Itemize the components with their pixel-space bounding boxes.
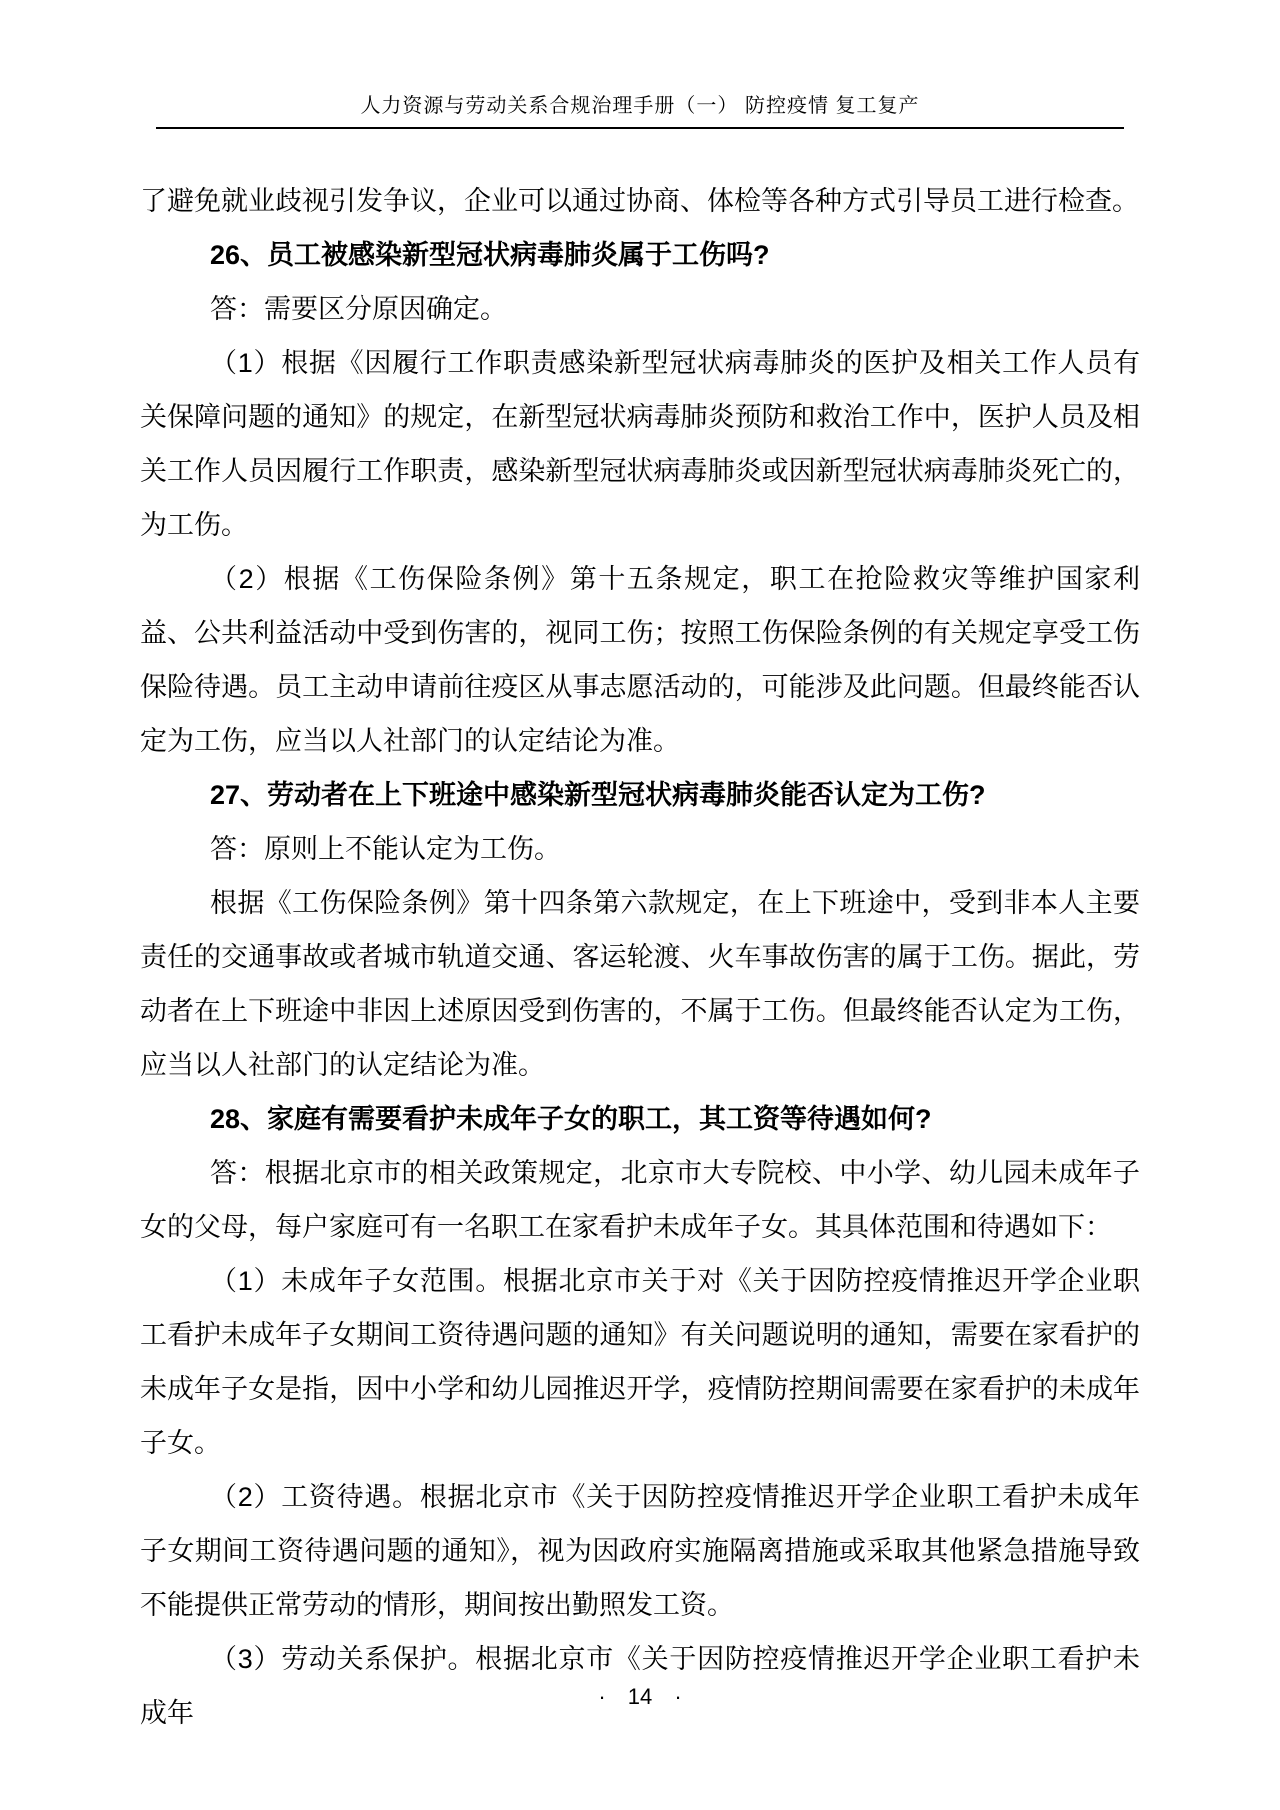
header-rule — [156, 127, 1124, 129]
question-heading: 26、员工被感染新型冠状病毒肺炎属于工伤吗? — [140, 228, 1140, 282]
paragraph: （2）工资待遇。根据北京市《关于因防控疫情推迟开学企业职工看护未成年子女期间工资… — [140, 1470, 1140, 1632]
question-heading: 27、劳动者在上下班途中感染新型冠状病毒肺炎能否认定为工伤? — [140, 768, 1140, 822]
paragraph: （2）根据《工伤保险条例》第十五条规定，职工在抢险救灾等维护国家利益、公共利益活… — [140, 552, 1140, 768]
paragraph: （1）未成年子女范围。根据北京市关于对《关于因防控疫情推迟开学企业职工看护未成年… — [140, 1254, 1140, 1470]
document-page: 人力资源与劳动关系合规治理手册（一） 防控疫情 复工复产 了避免就业歧视引发争议… — [0, 0, 1280, 1810]
document-body: 了避免就业歧视引发争议，企业可以通过协商、体检等各种方式引导员工进行检查。26、… — [140, 174, 1140, 1740]
paragraph: 根据《工伤保险条例》第十四条第六款规定，在上下班途中，受到非本人主要责任的交通事… — [140, 876, 1140, 1092]
paragraph: 答：根据北京市的相关政策规定，北京市大专院校、中小学、幼儿园未成年子女的父母，每… — [140, 1146, 1140, 1254]
paragraph: （1）根据《因履行工作职责感染新型冠状病毒肺炎的医护及相关工作人员有关保障问题的… — [140, 336, 1140, 552]
paragraph: 答：需要区分原因确定。 — [140, 282, 1140, 336]
header-title: 人力资源与劳动关系合规治理手册（一） 防控疫情 复工复产 — [0, 92, 1280, 120]
paragraph: 答：原则上不能认定为工伤。 — [140, 822, 1140, 876]
paragraph: 了避免就业歧视引发争议，企业可以通过协商、体检等各种方式引导员工进行检查。 — [140, 174, 1140, 228]
question-heading: 28、家庭有需要看护未成年子女的职工，其工资等待遇如何? — [140, 1092, 1140, 1146]
page-number: · 14 · — [0, 1682, 1280, 1712]
